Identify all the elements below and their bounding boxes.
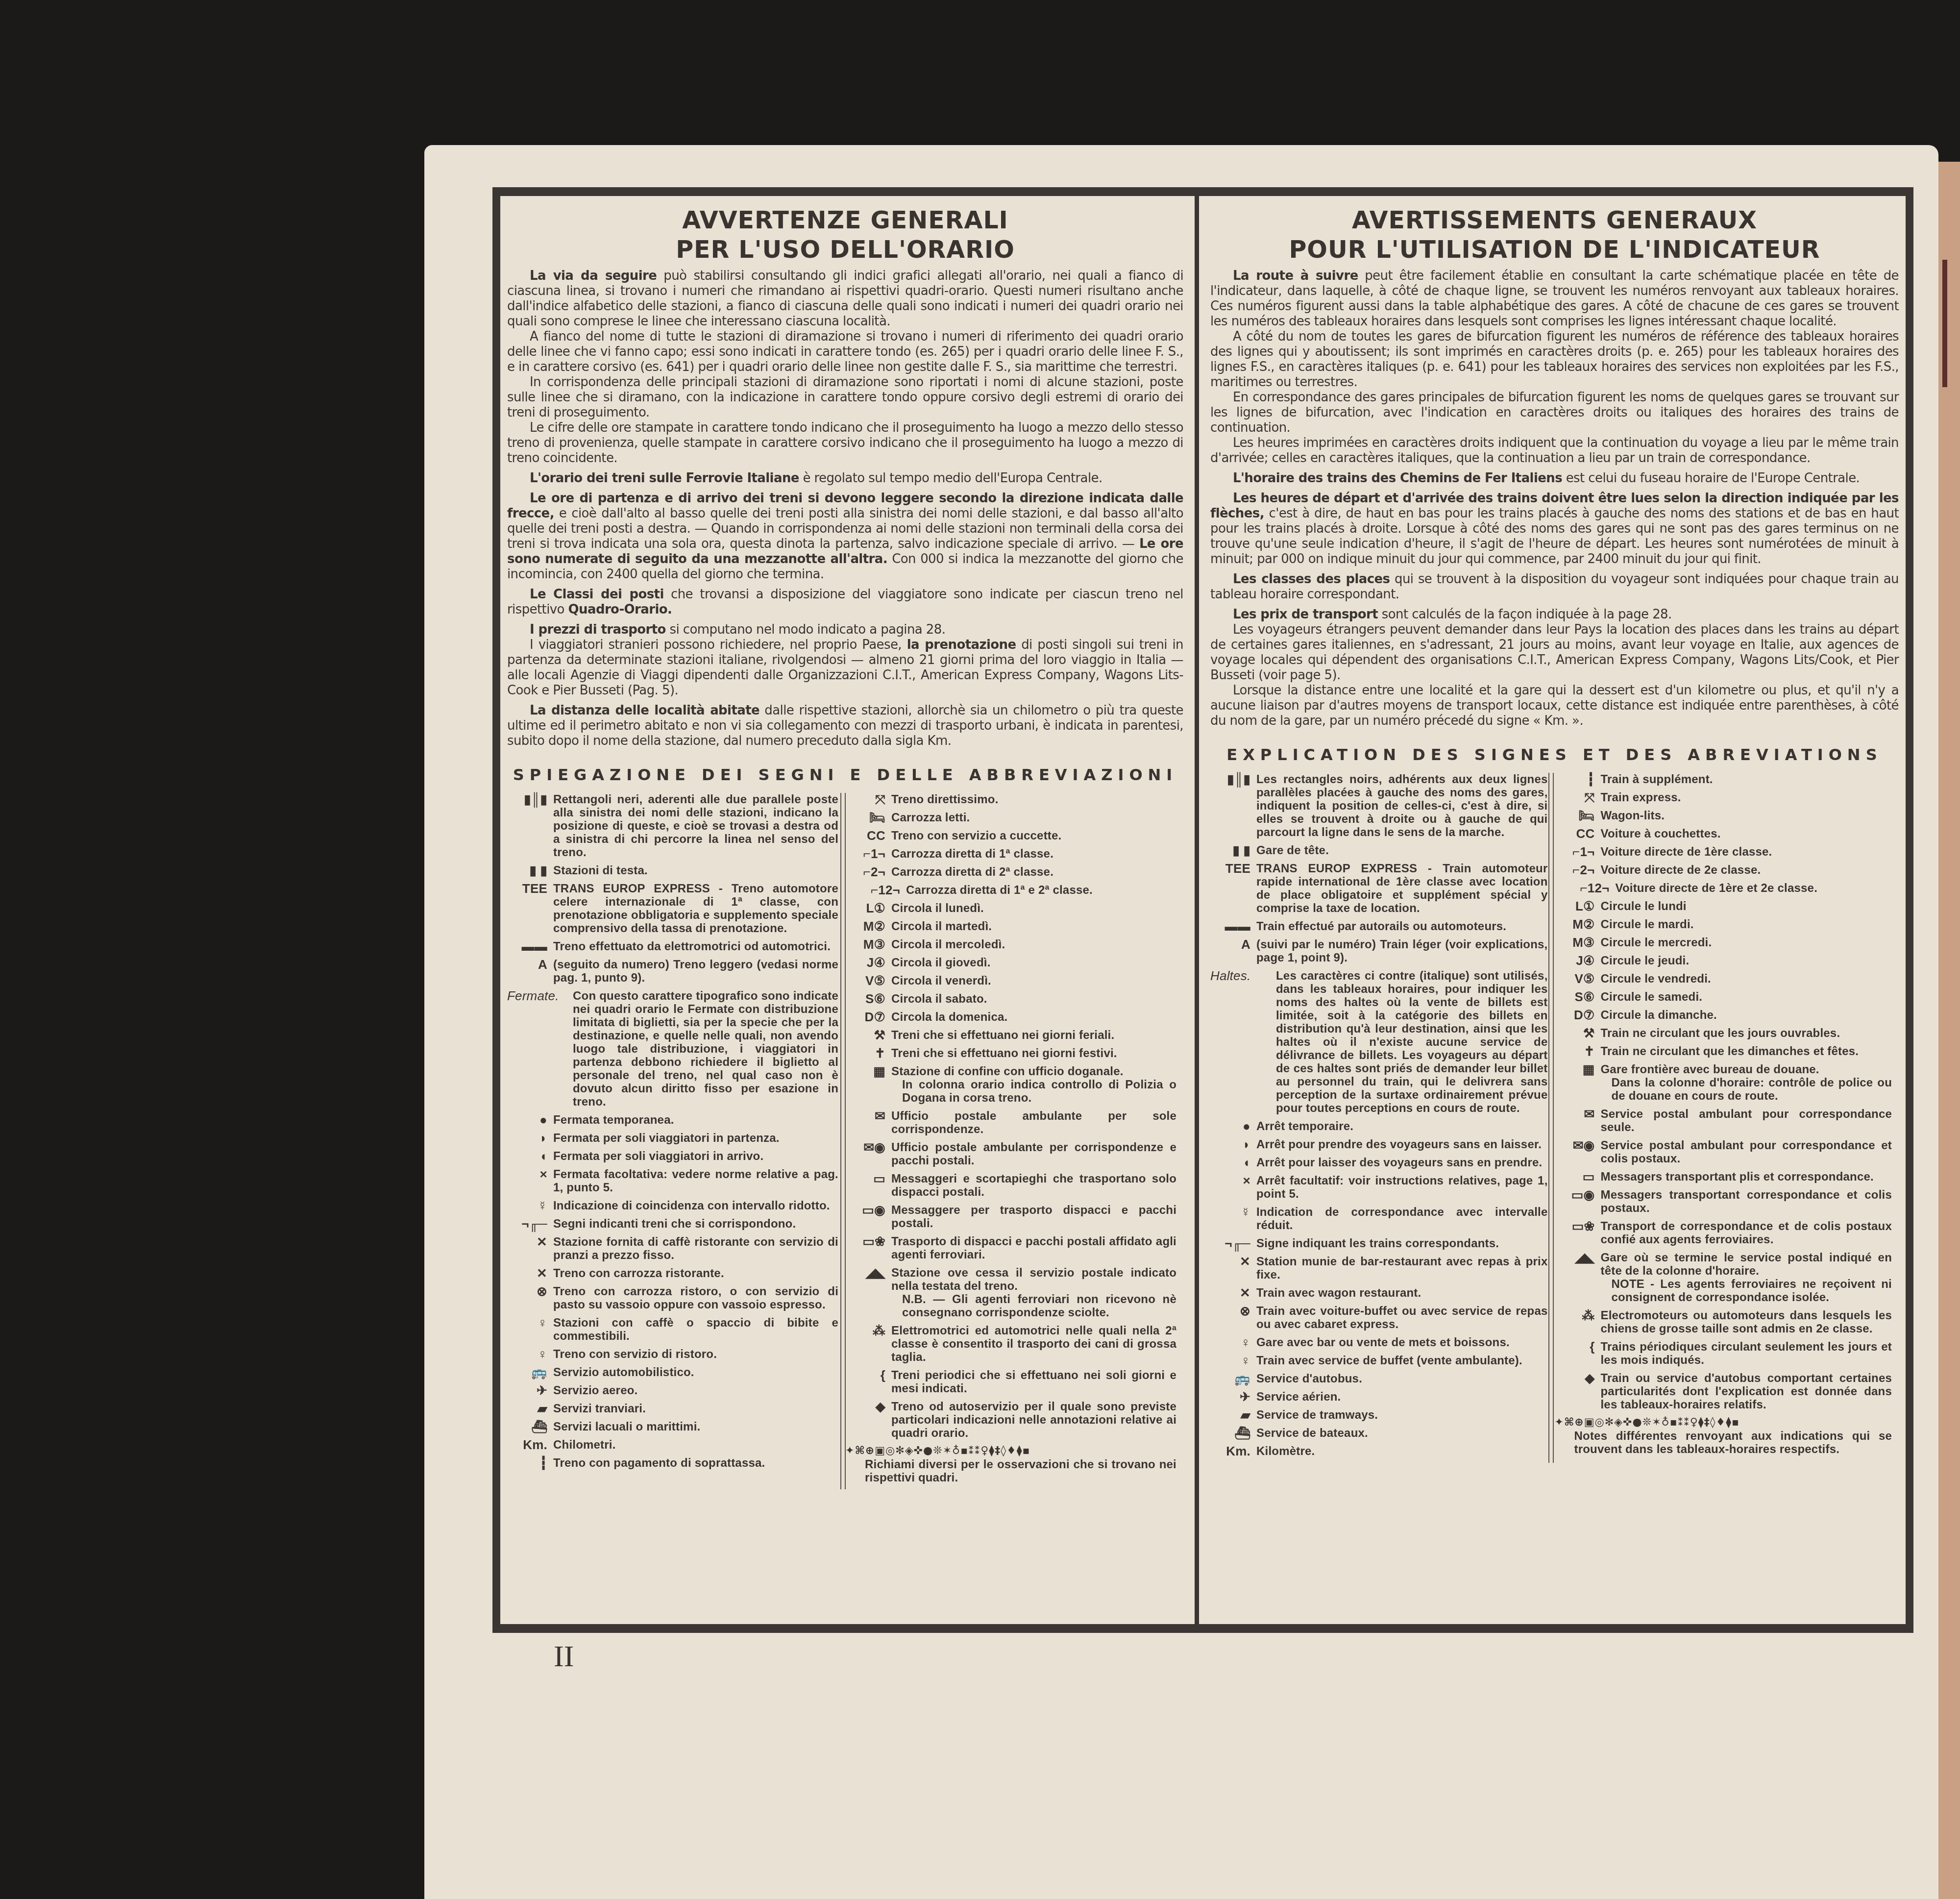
italian-body: La via da seguire può stabilirsi consult… xyxy=(507,269,1183,749)
legend-item: ◢◣Gare où se termine le service postal i… xyxy=(1555,1251,1892,1304)
legend-item: M②Circule le mardi. xyxy=(1555,918,1892,931)
departure-only-icon: ◗ xyxy=(1210,1138,1256,1151)
day-6-icon: S⑥ xyxy=(845,992,891,1006)
legend-text: Arrêt facultatif: voir instructions rela… xyxy=(1256,1174,1548,1201)
crossed-cutlery-icon: ✕ xyxy=(507,1235,553,1249)
legend-description: Circola il martedì. xyxy=(891,920,1176,933)
legend-item: ●Arrêt temporaire. xyxy=(1210,1120,1548,1133)
paragraph: La distanza delle località abitate dalle… xyxy=(507,703,1183,749)
legend-text: Circola il martedì. xyxy=(891,920,992,933)
paragraph: L'horaire des trains des Chemins de Fer … xyxy=(1210,471,1899,486)
through-coach-1-icon: ⌐1¬ xyxy=(845,847,891,861)
legend-item: Km.Kilomètre. xyxy=(1210,1445,1548,1458)
legend-item: TEETRANS EUROP EXPRESS - Train automoteu… xyxy=(1210,862,1548,915)
legend-item: ⌐12¬Voiture directe de 1ère et 2e classe… xyxy=(1555,882,1892,895)
day-4-icon: J④ xyxy=(845,956,891,969)
legend-description: Circule le vendredi. xyxy=(1601,972,1892,986)
crossed-cutlery-icon: ✕ xyxy=(1210,1255,1256,1268)
legend-item: ◆Train ou service d'autobus comportant c… xyxy=(1555,1372,1892,1411)
legend-description: Circola il mercoledì. xyxy=(891,938,1176,951)
paragraph-text: In corrispondenza delle principali stazi… xyxy=(507,375,1183,420)
legend-description: Richiami diversi per le osservazioni che… xyxy=(845,1458,1176,1484)
legend-item: J④Circule le jeudi. xyxy=(1555,954,1892,967)
legend-text: Train avec wagon restaurant. xyxy=(1256,1286,1421,1300)
legend-description: Ufficio postale ambulante per corrispond… xyxy=(891,1141,1176,1167)
customs-office-icon: ▦ xyxy=(1555,1063,1601,1076)
legend-item: Notes différentes renvoyant aux indicati… xyxy=(1555,1430,1892,1456)
legend-text: Voiture directe de 1ère classe. xyxy=(1601,845,1772,859)
legend-description: Carrozza diretta di 2ª classe. xyxy=(891,865,1176,879)
legend-item: {Treni periodici che si effettuano nei s… xyxy=(845,1369,1176,1395)
legend-item: ✕Station munie de bar-restaurant avec re… xyxy=(1210,1255,1548,1282)
paragraph: In corrispondenza delle principali stazi… xyxy=(507,375,1183,420)
legend-item: 🛏Wagon-lits. xyxy=(1555,809,1892,822)
km-abbrev: Km. xyxy=(507,1438,553,1452)
legend-description: Servizio aereo. xyxy=(553,1384,838,1397)
legend-text: Indicazione di coincidenza con intervall… xyxy=(553,1199,830,1212)
legend-text: Treno con carrozza ristorante. xyxy=(553,1267,724,1280)
french-legend-heading: EXPLICATION DES SIGNES ET DES ABREVIATIO… xyxy=(1210,745,1899,764)
legend-text: Train ou service d'autobus comportant ce… xyxy=(1601,1372,1892,1411)
legend-item: ▭Messaggeri e scortapieghi che trasporta… xyxy=(845,1172,1176,1199)
legend-item: TEETRANS EUROP EXPRESS - Treno automotor… xyxy=(507,882,838,935)
legend-item: ⁂Electromoteurs ou automoteurs dans lesq… xyxy=(1555,1309,1892,1335)
legend-description: Les caractères ci contre (italique) sont… xyxy=(1276,969,1548,1115)
station-position-bars-icon: ▮║▮ xyxy=(507,793,553,806)
legend-item: D⑦Circola la domenica. xyxy=(845,1011,1176,1024)
boat-icon: ⛴ xyxy=(1210,1427,1256,1440)
legend-text: Treno effettuato da elettromotrici od au… xyxy=(553,940,831,953)
legend-item: ⚒Treni che si effettuano nei giorni feri… xyxy=(845,1029,1176,1042)
bold-lead: La via da seguire xyxy=(530,269,657,283)
legend-description: Circola il venerdì. xyxy=(891,974,1176,987)
legend-item: ⊗Treno con carrozza ristoro, o con servi… xyxy=(507,1285,838,1311)
rail-agent-post-icon: ▭❀ xyxy=(845,1235,891,1248)
legend-item: ▭◉Messaggere per trasporto dispacci e pa… xyxy=(845,1204,1176,1230)
legend-item: ◖Fermata per soli viaggiatori in arrivo. xyxy=(507,1150,838,1163)
legend-text: Les rectangles noirs, adhérents aux deux… xyxy=(1256,773,1548,839)
legend-description: Messagers transportant plis et correspon… xyxy=(1601,1170,1892,1184)
legend-description: Signe indiquant les trains correspondant… xyxy=(1256,1237,1548,1250)
legend-text: TRANS EUROP EXPRESS - Train automoteur r… xyxy=(1256,862,1548,915)
legend-item: ⊗Train avec voiture-buffet ou avec servi… xyxy=(1210,1305,1548,1331)
legend-text: Wagon-lits. xyxy=(1601,809,1665,822)
holiday-cross-icon: ✝ xyxy=(845,1047,891,1060)
legend-text: Treni periodici che si effettuano nei so… xyxy=(891,1369,1176,1395)
legend-description: Circule le jeudi. xyxy=(1601,954,1892,967)
legend-text: Carrozza letti. xyxy=(891,811,970,824)
legend-item: ✉◉Service postal ambulant pour correspon… xyxy=(1555,1139,1892,1165)
legend-item: ☿Indicazione di coincidenza con interval… xyxy=(507,1199,838,1212)
legend-text: Carrozza diretta di 1ª classe. xyxy=(891,847,1053,861)
dogs-allowed-icon: ⁂ xyxy=(845,1324,891,1337)
diamond-icon: ◆ xyxy=(845,1400,891,1413)
legend-description: Servizio automobilistico. xyxy=(553,1366,838,1379)
legend-text: Treno od autoservizio per il quale sono … xyxy=(891,1400,1176,1440)
french-legend-left: ▮║▮Les rectangles noirs, adhérents aux d… xyxy=(1210,773,1555,1463)
day-5-icon: V⑤ xyxy=(845,974,891,987)
paragraph-text: è regolato sul tempo medio dell'Europa C… xyxy=(799,471,1102,486)
italic-label: Fermate. xyxy=(507,989,573,1003)
legend-item: ▮ ▮Gare de tête. xyxy=(1210,844,1548,857)
legend-item: 🛏Carrozza letti. xyxy=(845,811,1176,824)
legend-text: Circola il giovedì. xyxy=(891,956,991,969)
connection-sign-icon: ¬╓─ xyxy=(507,1217,553,1231)
legend-text: Train à supplément. xyxy=(1601,773,1713,786)
legend-text: Service postal ambulant pour corresponda… xyxy=(1601,1139,1892,1165)
legend-description: Train ne circulant que les jours ouvrabl… xyxy=(1601,1027,1892,1040)
legend-text: Messagers transportant correspondance et… xyxy=(1601,1188,1892,1215)
edge-mark xyxy=(1942,260,1947,387)
legend-description: Treno con servizio di ristoro. xyxy=(553,1348,838,1361)
legend-text: Train effectué par autorails ou automote… xyxy=(1256,920,1506,933)
legend-description: Voiture à couchettes. xyxy=(1601,827,1892,840)
day-3-icon: M③ xyxy=(1555,936,1601,949)
legend-description: Train ne circulant que les dimanches et … xyxy=(1601,1045,1892,1058)
legend-item: V⑤Circule le vendredi. xyxy=(1555,972,1892,986)
legend-text: Fermata per soli viaggiatori in partenza… xyxy=(553,1132,780,1145)
arrival-only-icon: ◖ xyxy=(1210,1156,1256,1169)
legend-item: ▮ ▮Stazioni di testa. xyxy=(507,864,838,877)
legend-text: Fermata facoltativa: vedere norme relati… xyxy=(553,1168,838,1194)
bold-lead: Quadro-Orario. xyxy=(568,602,672,617)
station-position-bars-icon: ▮║▮ xyxy=(1210,773,1256,786)
italian-title-line2: PER L'USO DELL'ORARIO xyxy=(676,236,1015,264)
legend-item: ✉◉Ufficio postale ambulante per corrispo… xyxy=(845,1141,1176,1167)
tram-icon: ▰ xyxy=(1210,1408,1256,1422)
italian-column: AVVERTENZE GENERALI PER L'USO DELL'ORARI… xyxy=(507,206,1183,1489)
legend-item: ▦Stazione di confine con ufficio doganal… xyxy=(845,1065,1176,1105)
legend-description: Stazioni di testa. xyxy=(553,864,838,877)
legend-text: Service postal ambulant pour corresponda… xyxy=(1601,1108,1892,1134)
legend-description: Arrêt pour laisser des voyageurs sans en… xyxy=(1256,1156,1548,1169)
temporary-stop-icon: ● xyxy=(507,1113,553,1127)
day-2-icon: M② xyxy=(1555,918,1601,931)
bold-lead: L'horaire des trains des Chemins de Fer … xyxy=(1233,471,1562,486)
legend-description: Gare de tête. xyxy=(1256,844,1548,857)
periodic-wave-icon: { xyxy=(845,1369,891,1382)
legend-item: ¬╓─Signe indiquant les trains correspond… xyxy=(1210,1237,1548,1250)
legend-description: Service aérien. xyxy=(1256,1390,1548,1404)
day-6-icon: S⑥ xyxy=(1555,990,1601,1004)
paragraph-text: est celui du fuseau horaire de l'Europe … xyxy=(1562,471,1860,486)
page-number: II xyxy=(554,1639,574,1674)
legend-item: ⛴Service de bateaux. xyxy=(1210,1427,1548,1440)
legend-description: Transport de correspondance et de colis … xyxy=(1601,1220,1892,1246)
legend-text: Carrozza diretta di 2ª classe. xyxy=(891,865,1053,879)
legend-item: A(seguito da numero) Treno leggero (veda… xyxy=(507,958,838,985)
legend-description: Train avec service de buffet (vente ambu… xyxy=(1256,1354,1548,1367)
legend-text: Servizi tranviari. xyxy=(553,1402,646,1415)
legend-text: Treno con pagamento di soprattassa. xyxy=(553,1456,765,1470)
legend-item: ▦Gare frontière avec bureau de douane.Da… xyxy=(1555,1063,1892,1103)
legend-text: Stazioni di testa. xyxy=(553,864,648,877)
legend-item: ✉Ufficio postale ambulante per sole corr… xyxy=(845,1110,1176,1136)
short-connection-icon: ☿ xyxy=(1210,1206,1256,1219)
postal-end-icon: ◢◣ xyxy=(1555,1251,1601,1264)
legend-text: Gare où se termine le service postal ind… xyxy=(1601,1251,1892,1278)
legend-item: L①Circule le lundi xyxy=(1555,900,1892,913)
bold-lead: Les classes des places xyxy=(1233,572,1390,587)
surcharge-bar-icon: ┇ xyxy=(1555,773,1601,786)
legend-text: Circola il lunedì. xyxy=(891,902,984,915)
legend-description: Train à supplément. xyxy=(1601,773,1892,786)
legend-text: Segni indicanti treni che si corrispondo… xyxy=(553,1217,796,1231)
legend-description: Service de bateaux. xyxy=(1256,1427,1548,1440)
legend-item: CCTreno con servizio a cuccette. xyxy=(845,829,1176,842)
dogs-allowed-icon: ⁂ xyxy=(1555,1309,1601,1322)
legend-text: Circule la dimanche. xyxy=(1601,1009,1717,1022)
legend-description: Voiture directe de 1ère et 2e classe. xyxy=(1616,882,1892,895)
boat-icon: ⛴ xyxy=(507,1420,553,1433)
legend-description: Carrozza diretta di 1ª e 2ª classe. xyxy=(906,884,1176,897)
legend-text: Circule le mardi. xyxy=(1601,918,1694,931)
legend-item: V⑤Circola il venerdì. xyxy=(845,974,1176,987)
french-legend: ▮║▮Les rectangles noirs, adhérents aux d… xyxy=(1210,773,1899,1463)
italian-title: AVVERTENZE GENERALI PER L'USO DELL'ORARI… xyxy=(507,206,1183,265)
legend-description: Treno effettuato da elettromotrici od au… xyxy=(553,940,838,953)
legend-description: Train avec wagon restaurant. xyxy=(1256,1286,1548,1300)
legend-description: Treno con pagamento di soprattassa. xyxy=(553,1456,838,1470)
bus-icon: 🚌 xyxy=(1210,1372,1256,1385)
day-1-icon: L① xyxy=(1555,900,1601,913)
paragraph-text: Les voyageurs étrangers peuvent demander… xyxy=(1210,622,1899,683)
legend-description: Treno con carrozza ristoro, o con serviz… xyxy=(553,1285,838,1311)
legend-text: Les caractères ci contre (italique) sont… xyxy=(1276,969,1548,1115)
legend-description: Circule le mardi. xyxy=(1601,918,1892,931)
legend-description: Les rectangles noirs, adhérents aux deux… xyxy=(1256,773,1548,839)
tee-logo-icon: TEE xyxy=(1210,862,1256,875)
legend-description: (suivi par le numéro) Train léger (voir … xyxy=(1256,938,1548,964)
legend-description: Electromoteurs ou automoteurs dans lesqu… xyxy=(1601,1309,1892,1335)
note-symbols-icon: ✦⌘⊕▣◎✻◈✜●❊✶♁▪⁑⁑♀⧫‡◊♦⧫▪ xyxy=(1555,1416,1892,1429)
legend-text: Circola il sabato. xyxy=(891,992,987,1006)
legend-text: Circola il mercoledì. xyxy=(891,938,1005,951)
legend-text: Treno con servizio di ristoro. xyxy=(553,1348,717,1361)
legend-item: ×Fermata facoltativa: vedere norme relat… xyxy=(507,1168,838,1194)
legend-description: Fermata temporanea. xyxy=(553,1113,838,1127)
legend-text: Service d'autobus. xyxy=(1256,1372,1362,1385)
legend-text: Circule le jeudi. xyxy=(1601,954,1690,967)
departure-only-icon: ◗ xyxy=(507,1132,553,1145)
legend-description: Kilomètre. xyxy=(1256,1445,1548,1458)
legend-description: Fermata per soli viaggiatori in partenza… xyxy=(553,1132,838,1145)
french-title: AVERTISSEMENTS GENERAUX POUR L'UTILISATI… xyxy=(1210,206,1899,265)
legend-description: Notes différentes renvoyant aux indicati… xyxy=(1555,1430,1892,1456)
legend-text: Chilometri. xyxy=(553,1438,616,1452)
legend-divider xyxy=(840,793,846,1489)
airplane-icon: ✈ xyxy=(507,1384,553,1397)
terminal-station-icon: ▮ ▮ xyxy=(507,864,553,877)
legend-item: ▭Messagers transportant plis et correspo… xyxy=(1555,1170,1892,1184)
legend-item: ◆Treno od autoservizio per il quale sono… xyxy=(845,1400,1176,1440)
legend-description: Voiture directe de 2e classe. xyxy=(1601,863,1892,877)
paragraph: Le ore di partenza e di arrivo dei treni… xyxy=(507,491,1183,582)
legend-text: Trains périodiques circulant seulement l… xyxy=(1601,1340,1892,1367)
legend-text: Stazione fornita di caffè ristorante con… xyxy=(553,1235,838,1262)
surcharge-bar-icon: ┇ xyxy=(507,1456,553,1470)
couchette-icon: CC xyxy=(1555,827,1601,840)
paragraph: En correspondance des gares principales … xyxy=(1210,390,1899,436)
legend-description: Gare où se termine le service postal ind… xyxy=(1601,1251,1892,1304)
paragraph-text: Lorsque la distance entre une localité e… xyxy=(1210,683,1899,728)
tee-logo-icon: TEE xyxy=(507,882,553,895)
legend-text: Messagers transportant plis et correspon… xyxy=(1601,1170,1874,1184)
legend-text: (seguito da numero) Treno leggero (vedas… xyxy=(553,958,838,985)
paragraph-text: Les heures imprimées en caractères droit… xyxy=(1210,436,1899,466)
legend-text: Circola la domenica. xyxy=(891,1011,1007,1024)
legend-description: Voiture directe de 1ère classe. xyxy=(1601,845,1892,859)
optional-stop-icon: × xyxy=(507,1168,553,1181)
legend-item: A(suivi par le numéro) Train léger (voir… xyxy=(1210,938,1548,964)
bold-lead: La route à suivre xyxy=(1233,269,1358,283)
legend-description: Wagon-lits. xyxy=(1601,809,1892,822)
note-symbols-icon: ✦⌘⊕▣◎✻◈✜●❊✶♁▪⁑⁑♀⧫‡◊♦⧫▪ xyxy=(845,1445,1176,1457)
temporary-stop-icon: ● xyxy=(1210,1120,1256,1133)
express-wheel-icon: ⤧ xyxy=(845,793,891,806)
legend-item: M③Circola il mercoledì. xyxy=(845,938,1176,951)
legend-description: Fermata facoltativa: vedere norme relati… xyxy=(553,1168,838,1194)
legend-item: ✝Train ne circulant que les dimanches et… xyxy=(1555,1045,1892,1058)
legend-description: Circule le lundi xyxy=(1601,900,1892,913)
legend-item: ⌐12¬Carrozza diretta di 1ª e 2ª classe. xyxy=(845,884,1176,897)
bold-lead: I prezzi di trasporto xyxy=(530,622,666,637)
legend-item: ✉Service postal ambulant pour correspond… xyxy=(1555,1108,1892,1134)
goblet-icon: ♀ xyxy=(507,1348,553,1361)
legend-text: Train ne circulant que les jours ouvrabl… xyxy=(1601,1027,1840,1040)
mail-parcel-icon: ✉◉ xyxy=(845,1141,891,1154)
legend-text: Service de tramways. xyxy=(1256,1408,1378,1422)
legend-description: Stazione ove cessa il servizio postale i… xyxy=(891,1266,1176,1319)
legend-description: Train ou service d'autobus comportant ce… xyxy=(1601,1372,1892,1411)
legend-text: Circule le samedi. xyxy=(1601,990,1703,1004)
rail-agent-post-icon: ▭❀ xyxy=(1555,1220,1601,1233)
legend-text: Elettromotrici ed automotrici nelle qual… xyxy=(891,1324,1176,1364)
goblet-icon: ♀ xyxy=(1210,1354,1256,1367)
legend-item: ┇Treno con pagamento di soprattassa. xyxy=(507,1456,838,1470)
french-legend-right: ┇Train à supplément.⤧Train express.🛏Wago… xyxy=(1555,773,1899,1463)
customs-office-icon: ▦ xyxy=(845,1065,891,1078)
legend-text: Arrêt pour prendre des voyageurs sans en… xyxy=(1256,1138,1542,1151)
french-title-line1: AVERTISSEMENTS GENERAUX xyxy=(1352,206,1757,234)
legend-description: Circola il giovedì. xyxy=(891,956,1176,969)
day-5-icon: V⑤ xyxy=(1555,972,1601,986)
legend-item: ▮║▮Rettangoli neri, aderenti alle due pa… xyxy=(507,793,838,859)
paragraph: Lorsque la distance entre une localité e… xyxy=(1210,683,1899,729)
legend-item: ♀Treno con servizio di ristoro. xyxy=(507,1348,838,1361)
courier-dispatch-icon: ▭ xyxy=(1555,1170,1601,1184)
paragraph-text: si computano nel modo indicato a pagina … xyxy=(666,622,945,637)
legend-item: ⤧Treno direttissimo. xyxy=(845,793,1176,806)
legend-item: ◗Arrêt pour prendre des voyageurs sans e… xyxy=(1210,1138,1548,1151)
french-column: AVERTISSEMENTS GENERAUX POUR L'UTILISATI… xyxy=(1210,206,1899,1463)
through-coach-1-icon: ⌐1¬ xyxy=(1555,845,1601,859)
legend-text: Voiture directe de 1ère et 2e classe. xyxy=(1616,882,1818,895)
italian-legend: ▮║▮Rettangoli neri, aderenti alle due pa… xyxy=(507,793,1183,1489)
legend-item: 🚌Servizio automobilistico. xyxy=(507,1366,838,1379)
legend-description: Circule le samedi. xyxy=(1601,990,1892,1004)
legend-description: Train effectué par autorails ou automote… xyxy=(1256,920,1548,933)
legend-description: Treno od autoservizio per il quale sono … xyxy=(891,1400,1176,1440)
tram-icon: ▰ xyxy=(507,1402,553,1415)
legend-description: TRANS EUROP EXPRESS - Train automoteur r… xyxy=(1256,862,1548,915)
legend-text: Treni che si effettuano nei giorni festi… xyxy=(891,1047,1117,1060)
legend-text: Stazioni con caffè o spaccio di bibite e… xyxy=(553,1316,838,1343)
legend-description: Service postal ambulant pour corresponda… xyxy=(1601,1139,1892,1165)
legend-subnote: NOTE - Les agents ferroviaires ne reçoiv… xyxy=(1601,1278,1892,1304)
day-7-icon: D⑦ xyxy=(1555,1009,1601,1022)
legend-item: D⑦Circule la dimanche. xyxy=(1555,1009,1892,1022)
legend-item: ▰Service de tramways. xyxy=(1210,1408,1548,1422)
legend-description: Arrêt temporaire. xyxy=(1256,1120,1548,1133)
legend-text: Arrêt temporaire. xyxy=(1256,1120,1353,1133)
legend-item: Km.Chilometri. xyxy=(507,1438,838,1452)
legend-text: Ufficio postale ambulante per sole corri… xyxy=(891,1110,1176,1136)
legend-item: ✕Treno con carrozza ristorante. xyxy=(507,1267,838,1280)
legend-description: Servizi lacuali o marittimi. xyxy=(553,1420,838,1433)
legend-item: Richiami diversi per le osservazioni che… xyxy=(845,1458,1176,1484)
legend-text: Station munie de bar-restaurant avec rep… xyxy=(1256,1255,1548,1282)
legend-description: Arrêt pour prendre des voyageurs sans en… xyxy=(1256,1138,1548,1151)
legend-description: Treni che si effettuano nei giorni festi… xyxy=(891,1047,1176,1060)
paragraph: I viaggiatori stranieri possono richiede… xyxy=(507,638,1183,698)
courier-parcel-icon: ▭◉ xyxy=(845,1204,891,1217)
legend-item: ♀Gare avec bar ou vente de mets et boiss… xyxy=(1210,1336,1548,1349)
legend-text: Arrêt pour laisser des voyageurs sans en… xyxy=(1256,1156,1542,1169)
legend-item: ⌐2¬Carrozza diretta di 2ª classe. xyxy=(845,865,1176,879)
day-2-icon: M② xyxy=(845,920,891,933)
couchette-icon: CC xyxy=(845,829,891,842)
bus-icon: 🚌 xyxy=(507,1366,553,1379)
legend-description: Circola il sabato. xyxy=(891,992,1176,1006)
legend-item: ◢◣Stazione ove cessa il servizio postale… xyxy=(845,1266,1176,1319)
legend-divider xyxy=(1548,773,1554,1463)
legend-text: Voiture directe de 2e classe. xyxy=(1601,863,1761,877)
legend-description: Indication de correspondance avec interv… xyxy=(1256,1206,1548,1232)
legend-description: Circule le mercredi. xyxy=(1601,936,1892,949)
legend-item: Haltes.Les caractères ci contre (italiqu… xyxy=(1210,969,1548,1115)
legend-description: Service d'autobus. xyxy=(1256,1372,1548,1385)
postal-end-icon: ◢◣ xyxy=(845,1266,891,1280)
legend-text: Circule le mercredi. xyxy=(1601,936,1712,949)
italian-legend-left: ▮║▮Rettangoli neri, aderenti alle due pa… xyxy=(507,793,845,1489)
arrival-only-icon: ◖ xyxy=(507,1150,553,1163)
buffet-car-icon: ⊗ xyxy=(507,1285,553,1298)
legend-item: ☿Indication de correspondance avec inter… xyxy=(1210,1206,1548,1232)
legend-item: 🚌Service d'autobus. xyxy=(1210,1372,1548,1385)
legend-text: Electromoteurs ou automoteurs dans lesqu… xyxy=(1601,1309,1892,1335)
legend-description: Messaggeri e scortapieghi che trasportan… xyxy=(891,1172,1176,1199)
legend-item: S⑥Circule le samedi. xyxy=(1555,990,1892,1004)
buffet-car-icon: ⊗ xyxy=(1210,1305,1256,1318)
legend-description: Train avec voiture-buffet ou avec servic… xyxy=(1256,1305,1548,1331)
legend-item: ⌐1¬Carrozza diretta di 1ª classe. xyxy=(845,847,1176,861)
legend-text: Stazione di confine con ufficio doganale… xyxy=(891,1065,1124,1078)
legend-description: Trains périodiques circulant seulement l… xyxy=(1601,1340,1892,1367)
diamond-icon: ◆ xyxy=(1555,1372,1601,1385)
legend-item: ▭◉Messagers transportant correspondance … xyxy=(1555,1188,1892,1215)
paragraph: Les heures imprimées en caractères droit… xyxy=(1210,436,1899,466)
paragraph: La route à suivre peut être facilement é… xyxy=(1210,269,1899,329)
paragraph: I prezzi di trasporto si computano nel m… xyxy=(507,622,1183,638)
legend-description: Messaggere per trasporto dispacci e pacc… xyxy=(891,1204,1176,1230)
legend-text: Carrozza diretta di 1ª e 2ª classe. xyxy=(906,884,1093,897)
legend-description: Treni che si effettuano nei giorni feria… xyxy=(891,1029,1176,1042)
paragraph: Le Classi dei posti che trovansi a dispo… xyxy=(507,587,1183,617)
legend-description: Fermata per soli viaggiatori in arrivo. xyxy=(553,1150,838,1163)
legend-item: ▬▬Train effectué par autorails ou automo… xyxy=(1210,920,1548,933)
legend-item: CCVoiture à couchettes. xyxy=(1555,827,1892,840)
